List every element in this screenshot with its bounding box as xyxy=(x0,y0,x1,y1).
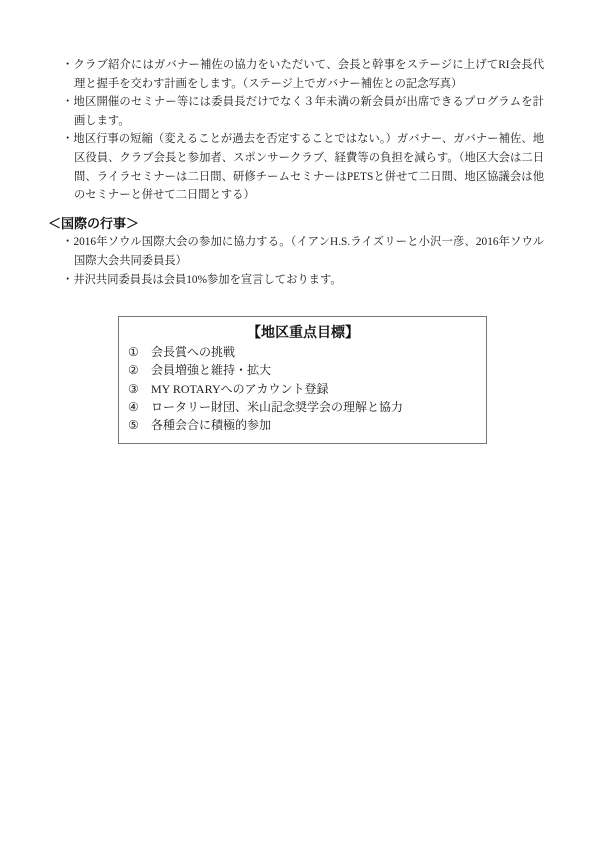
bullet-text: 地区開催のセミナー等には委員長だけでなく３年未満の新会員が出席できるプログラムを… xyxy=(73,96,544,127)
document-page: ・クラブ紹介にはガバナー補佐の協力をいただいて、会長と幹事をステージに上げてRI… xyxy=(0,0,596,843)
bullet-text: クラブ紹介にはガバナー補佐の協力をいただいて、会長と幹事をステージに上げてRI会… xyxy=(74,59,545,90)
district-goals-box: 【地区重点目標】 ① 会長賞への挑戦 ② 会員増強と維持・拡大 ③ MY ROT… xyxy=(118,316,487,443)
goal-text: 会長賞への挑戦 xyxy=(151,343,478,361)
goal-item: ④ ロータリー財団、米山記念奨学会の理解と協力 xyxy=(128,398,478,416)
goal-text: 各種会合に積極的参加 xyxy=(151,416,478,434)
bullet-item: ・地区開催のセミナー等には委員長だけでなく３年未満の新会員が出席できるプログラム… xyxy=(62,93,544,130)
bullet-marker: ・ xyxy=(62,96,73,108)
goal-item: ⑤ 各種会合に積極的参加 xyxy=(128,416,478,434)
goal-number: ① xyxy=(128,343,151,361)
goal-item: ③ MY ROTARYへのアカウント登録 xyxy=(128,380,478,398)
bullet-item: ・2016年ソウル国際大会の参加に協力する。（イアンH.S.ライズリーと小沢一彦… xyxy=(62,233,544,270)
main-bullet-list: ・クラブ紹介にはガバナー補佐の協力をいただいて、会長と幹事をステージに上げてRI… xyxy=(62,56,544,205)
section-heading-international: ＜国際の行事＞ xyxy=(48,215,544,234)
goal-item: ① 会長賞への挑戦 xyxy=(128,343,478,361)
international-bullet-list: ・2016年ソウル国際大会の参加に協力する。（イアンH.S.ライズリーと小沢一彦… xyxy=(62,233,544,289)
bullet-item: ・クラブ紹介にはガバナー補佐の協力をいただいて、会長と幹事をステージに上げてRI… xyxy=(62,56,544,93)
goal-number: ② xyxy=(128,361,151,379)
bullet-marker: ・ xyxy=(62,274,73,286)
bullet-marker: ・ xyxy=(62,59,74,71)
bullet-item: ・井沢共同委員長は会員10%参加を宣言しております。 xyxy=(62,271,544,290)
goals-box-title: 【地区重点目標】 xyxy=(128,322,478,343)
goal-text: 会員増強と維持・拡大 xyxy=(151,361,478,379)
goal-item: ② 会員増強と維持・拡大 xyxy=(128,361,478,379)
goal-number: ④ xyxy=(128,398,151,416)
goal-number: ⑤ xyxy=(128,416,151,434)
bullet-text: 地区行事の短縮（変えることが過去を否定することではない。）ガバナー、ガバナー補佐… xyxy=(73,133,544,201)
goal-text: MY ROTARYへのアカウント登録 xyxy=(151,380,478,398)
bullet-item: ・地区行事の短縮（変えることが過去を否定することではない。）ガバナー、ガバナー補… xyxy=(62,130,544,204)
bullet-marker: ・ xyxy=(62,133,73,145)
bullet-text: 井沢共同委員長は会員10%参加を宣言しております。 xyxy=(73,274,341,286)
bullet-text: 2016年ソウル国際大会の参加に協力する。（イアンH.S.ライズリーと小沢一彦、… xyxy=(73,236,544,267)
goal-text: ロータリー財団、米山記念奨学会の理解と協力 xyxy=(151,398,478,416)
goal-number: ③ xyxy=(128,380,151,398)
bullet-marker: ・ xyxy=(62,236,73,248)
